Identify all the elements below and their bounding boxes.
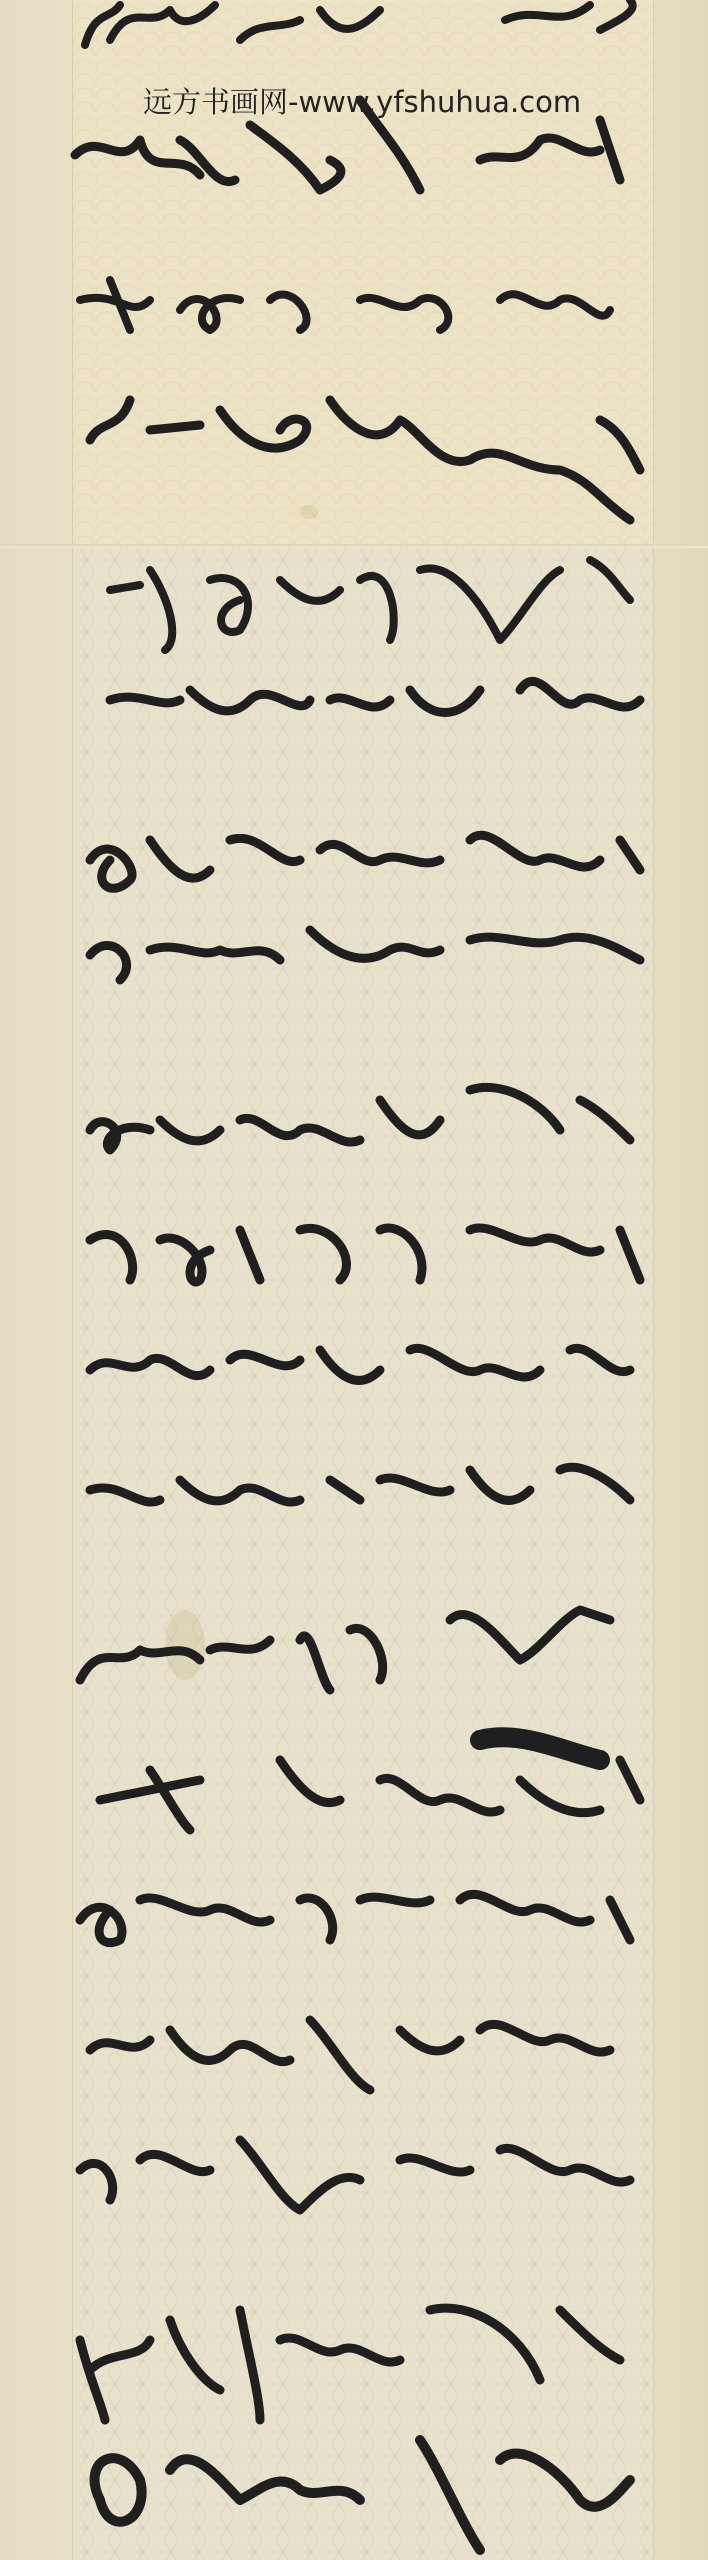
script-row [90, 1087, 630, 1150]
calligraphy-scroll: 远方书画网-www.yfshuhua.com [0, 0, 708, 2560]
script-row [80, 2308, 620, 2420]
script-row [90, 2020, 610, 2090]
script-row [90, 1348, 630, 1380]
script-row [90, 1228, 640, 1282]
script-row [80, 1610, 610, 1760]
script-row [90, 930, 640, 980]
script-row [80, 2140, 630, 2210]
script-row [85, 0, 633, 45]
watermark-text: 远方书画网-www.yfshuhua.com [143, 80, 581, 121]
script-row [95, 2440, 630, 2550]
script-row [100, 1760, 640, 1830]
brush-strokes [0, 0, 708, 2560]
script-row [110, 560, 630, 650]
script-row [90, 1467, 630, 1502]
script-row [110, 681, 640, 712]
script-row [80, 1894, 630, 1942]
script-row [80, 280, 610, 330]
script-row [90, 400, 640, 520]
script-row [90, 835, 640, 888]
